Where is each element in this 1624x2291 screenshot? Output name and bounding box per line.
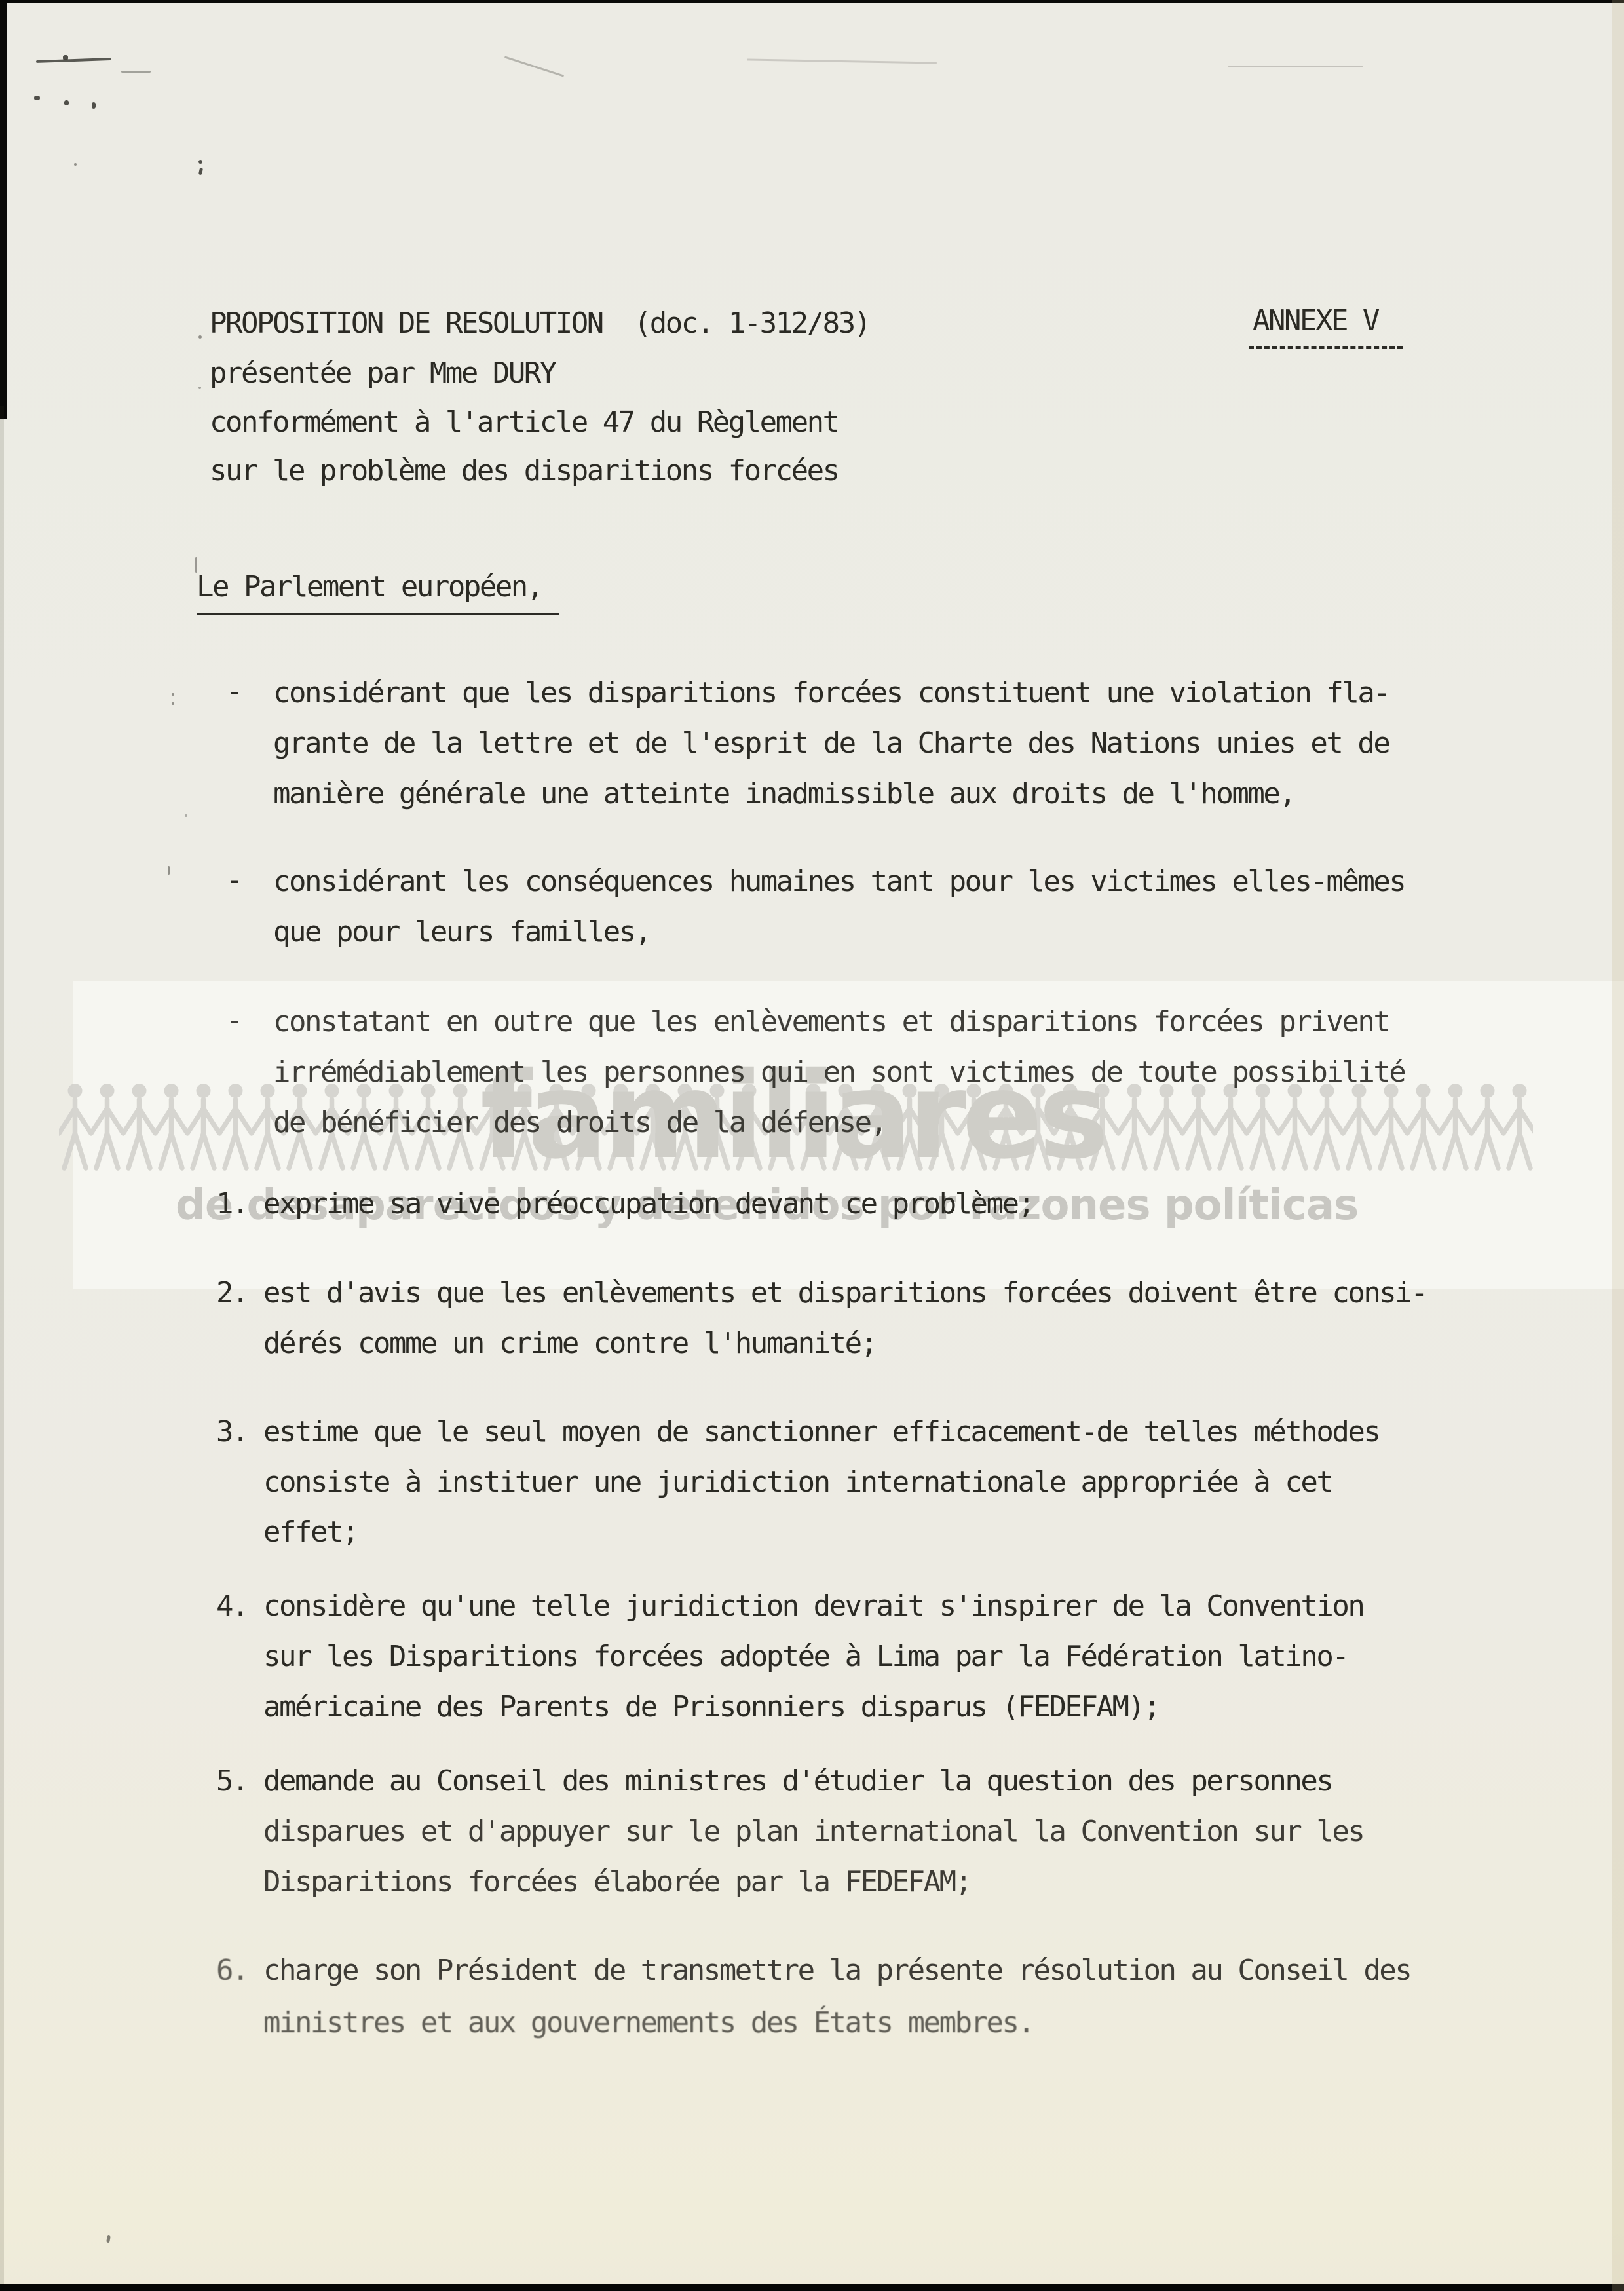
doc-title: PROPOSITION DE RESOLUTION (doc. 1-312/83…	[210, 308, 870, 339]
margin-tick-mark	[195, 557, 197, 573]
point-line: considère qu'une telle juridiction devra…	[263, 1591, 1363, 1622]
annexe-label: ANNEXE V	[1253, 305, 1378, 337]
margin-tick-mark	[185, 814, 187, 817]
point-line: américaine des Parents de Prisonniers di…	[263, 1692, 1159, 1723]
point-number: 6.	[216, 1955, 248, 1986]
point-number: 5.	[216, 1766, 248, 1797]
doc-subject: sur le problème des disparitions forcées	[210, 455, 839, 487]
scan-edge-left-faint	[0, 406, 4, 2291]
considerant-line: grante de la lettre et de l'esprit de la…	[273, 728, 1389, 759]
point-line: demande au Conseil des ministres d'étudi…	[263, 1766, 1332, 1797]
speck-mark	[198, 160, 202, 164]
point-line: exprime sa vive préoccupation devant ce …	[263, 1188, 1034, 1220]
speck-mark	[63, 55, 68, 60]
scan-edge-left	[0, 0, 7, 419]
considerant-marker: -	[226, 676, 242, 708]
considerant-line: constatant en outre que les enlèvements …	[273, 1006, 1389, 1038]
smudge-mark	[121, 71, 151, 73]
scratch-mark	[504, 56, 564, 77]
doc-legal-basis: conformément à l'article 47 du Règlement	[210, 407, 839, 438]
point-line: Disparitions forcées élaborée par la FED…	[263, 1866, 971, 1898]
annexe-underline	[1249, 346, 1403, 349]
margin-tick-mark	[172, 693, 174, 696]
considerant-line: irrémédiablement les personnes qui en so…	[273, 1057, 1405, 1088]
point-number: 4.	[216, 1591, 248, 1622]
speck-mark	[106, 2235, 111, 2243]
speck-mark	[92, 102, 96, 109]
scratch-mark	[1228, 66, 1363, 67]
smudge-mark	[36, 58, 111, 63]
scan-edge-right	[1612, 0, 1624, 2291]
considerant-marker: -	[226, 1005, 242, 1036]
considerant-line: considérant que les disparitions forcées…	[273, 677, 1389, 709]
point-line: charge son Président de transmettre la p…	[263, 1955, 1410, 1986]
speck-mark	[34, 96, 40, 100]
considerant-line: manière générale une atteinte inadmissib…	[273, 778, 1294, 810]
considerant-line: que pour leurs familles,	[273, 917, 651, 948]
point-number: 1.	[216, 1188, 248, 1220]
doc-presented-by: présentée par Mme DURY	[210, 358, 556, 389]
scratch-mark	[747, 58, 937, 64]
doc-salutation: Le Parlement européen,	[197, 571, 559, 603]
point-line: sur les Disparitions forcées adoptée à L…	[263, 1641, 1348, 1673]
point-line: ministres et aux gouvernements des États…	[263, 2007, 1034, 2039]
doc-salutation-text: Le Parlement européen,	[197, 570, 559, 615]
point-line: est d'avis que les enlèvements et dispar…	[263, 1278, 1426, 1309]
speck-mark	[74, 163, 77, 166]
point-line: consiste à instituer une juridiction int…	[263, 1467, 1332, 1498]
speck-mark	[64, 100, 69, 105]
point-line: disparues et d'appuyer sur le plan inter…	[263, 1816, 1363, 1847]
speck-mark	[198, 168, 203, 176]
considerant-marker: -	[226, 865, 242, 896]
margin-tick-mark	[172, 702, 174, 705]
point-number: 3.	[216, 1416, 248, 1448]
scan-edge-bottom	[0, 2284, 1624, 2291]
document-page: familiares de desaparecidos y detenidos …	[0, 0, 1624, 2291]
point-line: dérés comme un crime contre l'humanité;	[263, 1328, 877, 1359]
considerant-line: considérant les conséquences humaines ta…	[273, 866, 1405, 898]
speck-mark	[198, 335, 202, 339]
speck-mark	[198, 387, 201, 389]
scan-edge-top	[0, 0, 1624, 3]
margin-tick-mark	[168, 866, 170, 875]
point-number: 2.	[216, 1278, 248, 1309]
point-line: effet;	[263, 1517, 358, 1548]
considerant-line: de bénéficier des droits de la défense,	[273, 1107, 886, 1139]
point-line: estime que le seul moyen de sanctionner …	[263, 1416, 1379, 1448]
